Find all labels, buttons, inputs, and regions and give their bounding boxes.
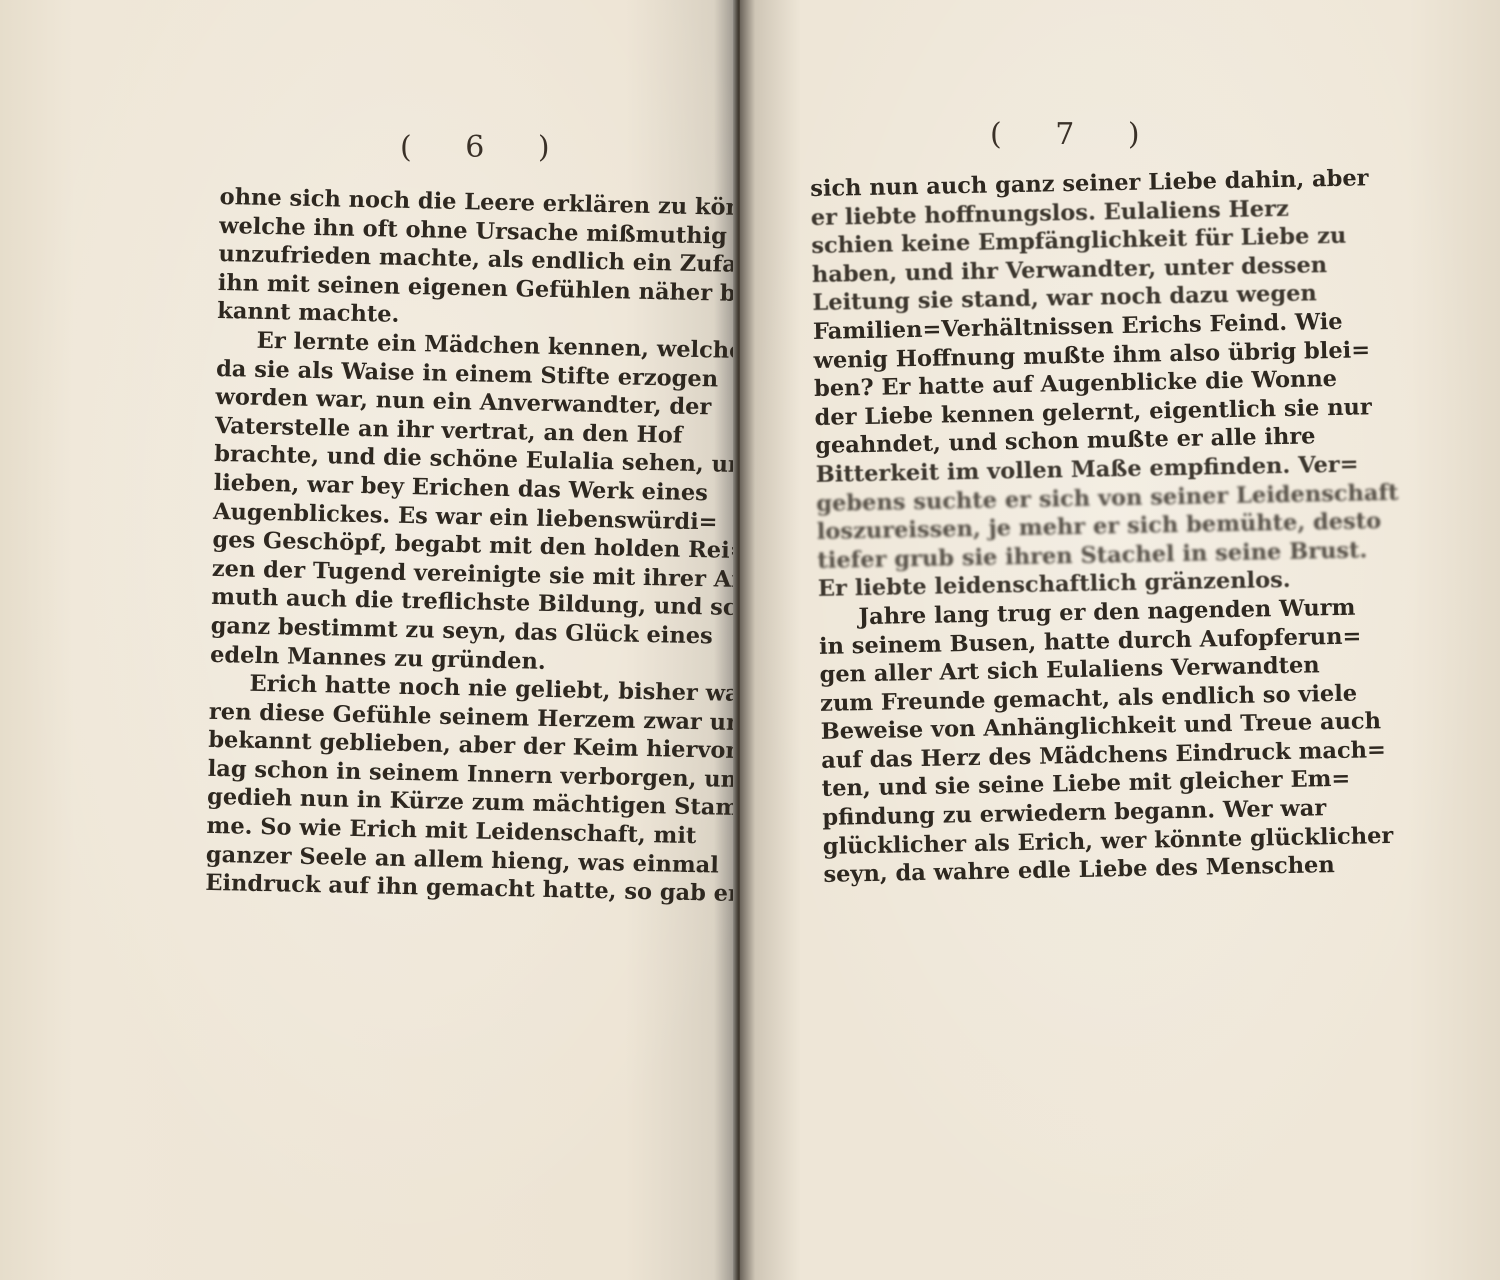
right-page-text: sich nun auch ganz seiner Liebe dahin, a… — [810, 166, 1286, 890]
left-page: ( 6 ) ohne sich noch die Leere erklären … — [0, 0, 736, 1280]
left-page-text: ohne sich noch die Leere erklären zu kön… — [205, 183, 672, 907]
page-number-right: ( 7 ) — [990, 117, 1162, 152]
page-number-left: ( 6 ) — [400, 130, 572, 165]
right-page: ( 7 ) sich nun auch ganz seiner Liebe da… — [740, 0, 1500, 1280]
book-spread: ( 6 ) ohne sich noch die Leere erklären … — [0, 0, 1500, 1280]
